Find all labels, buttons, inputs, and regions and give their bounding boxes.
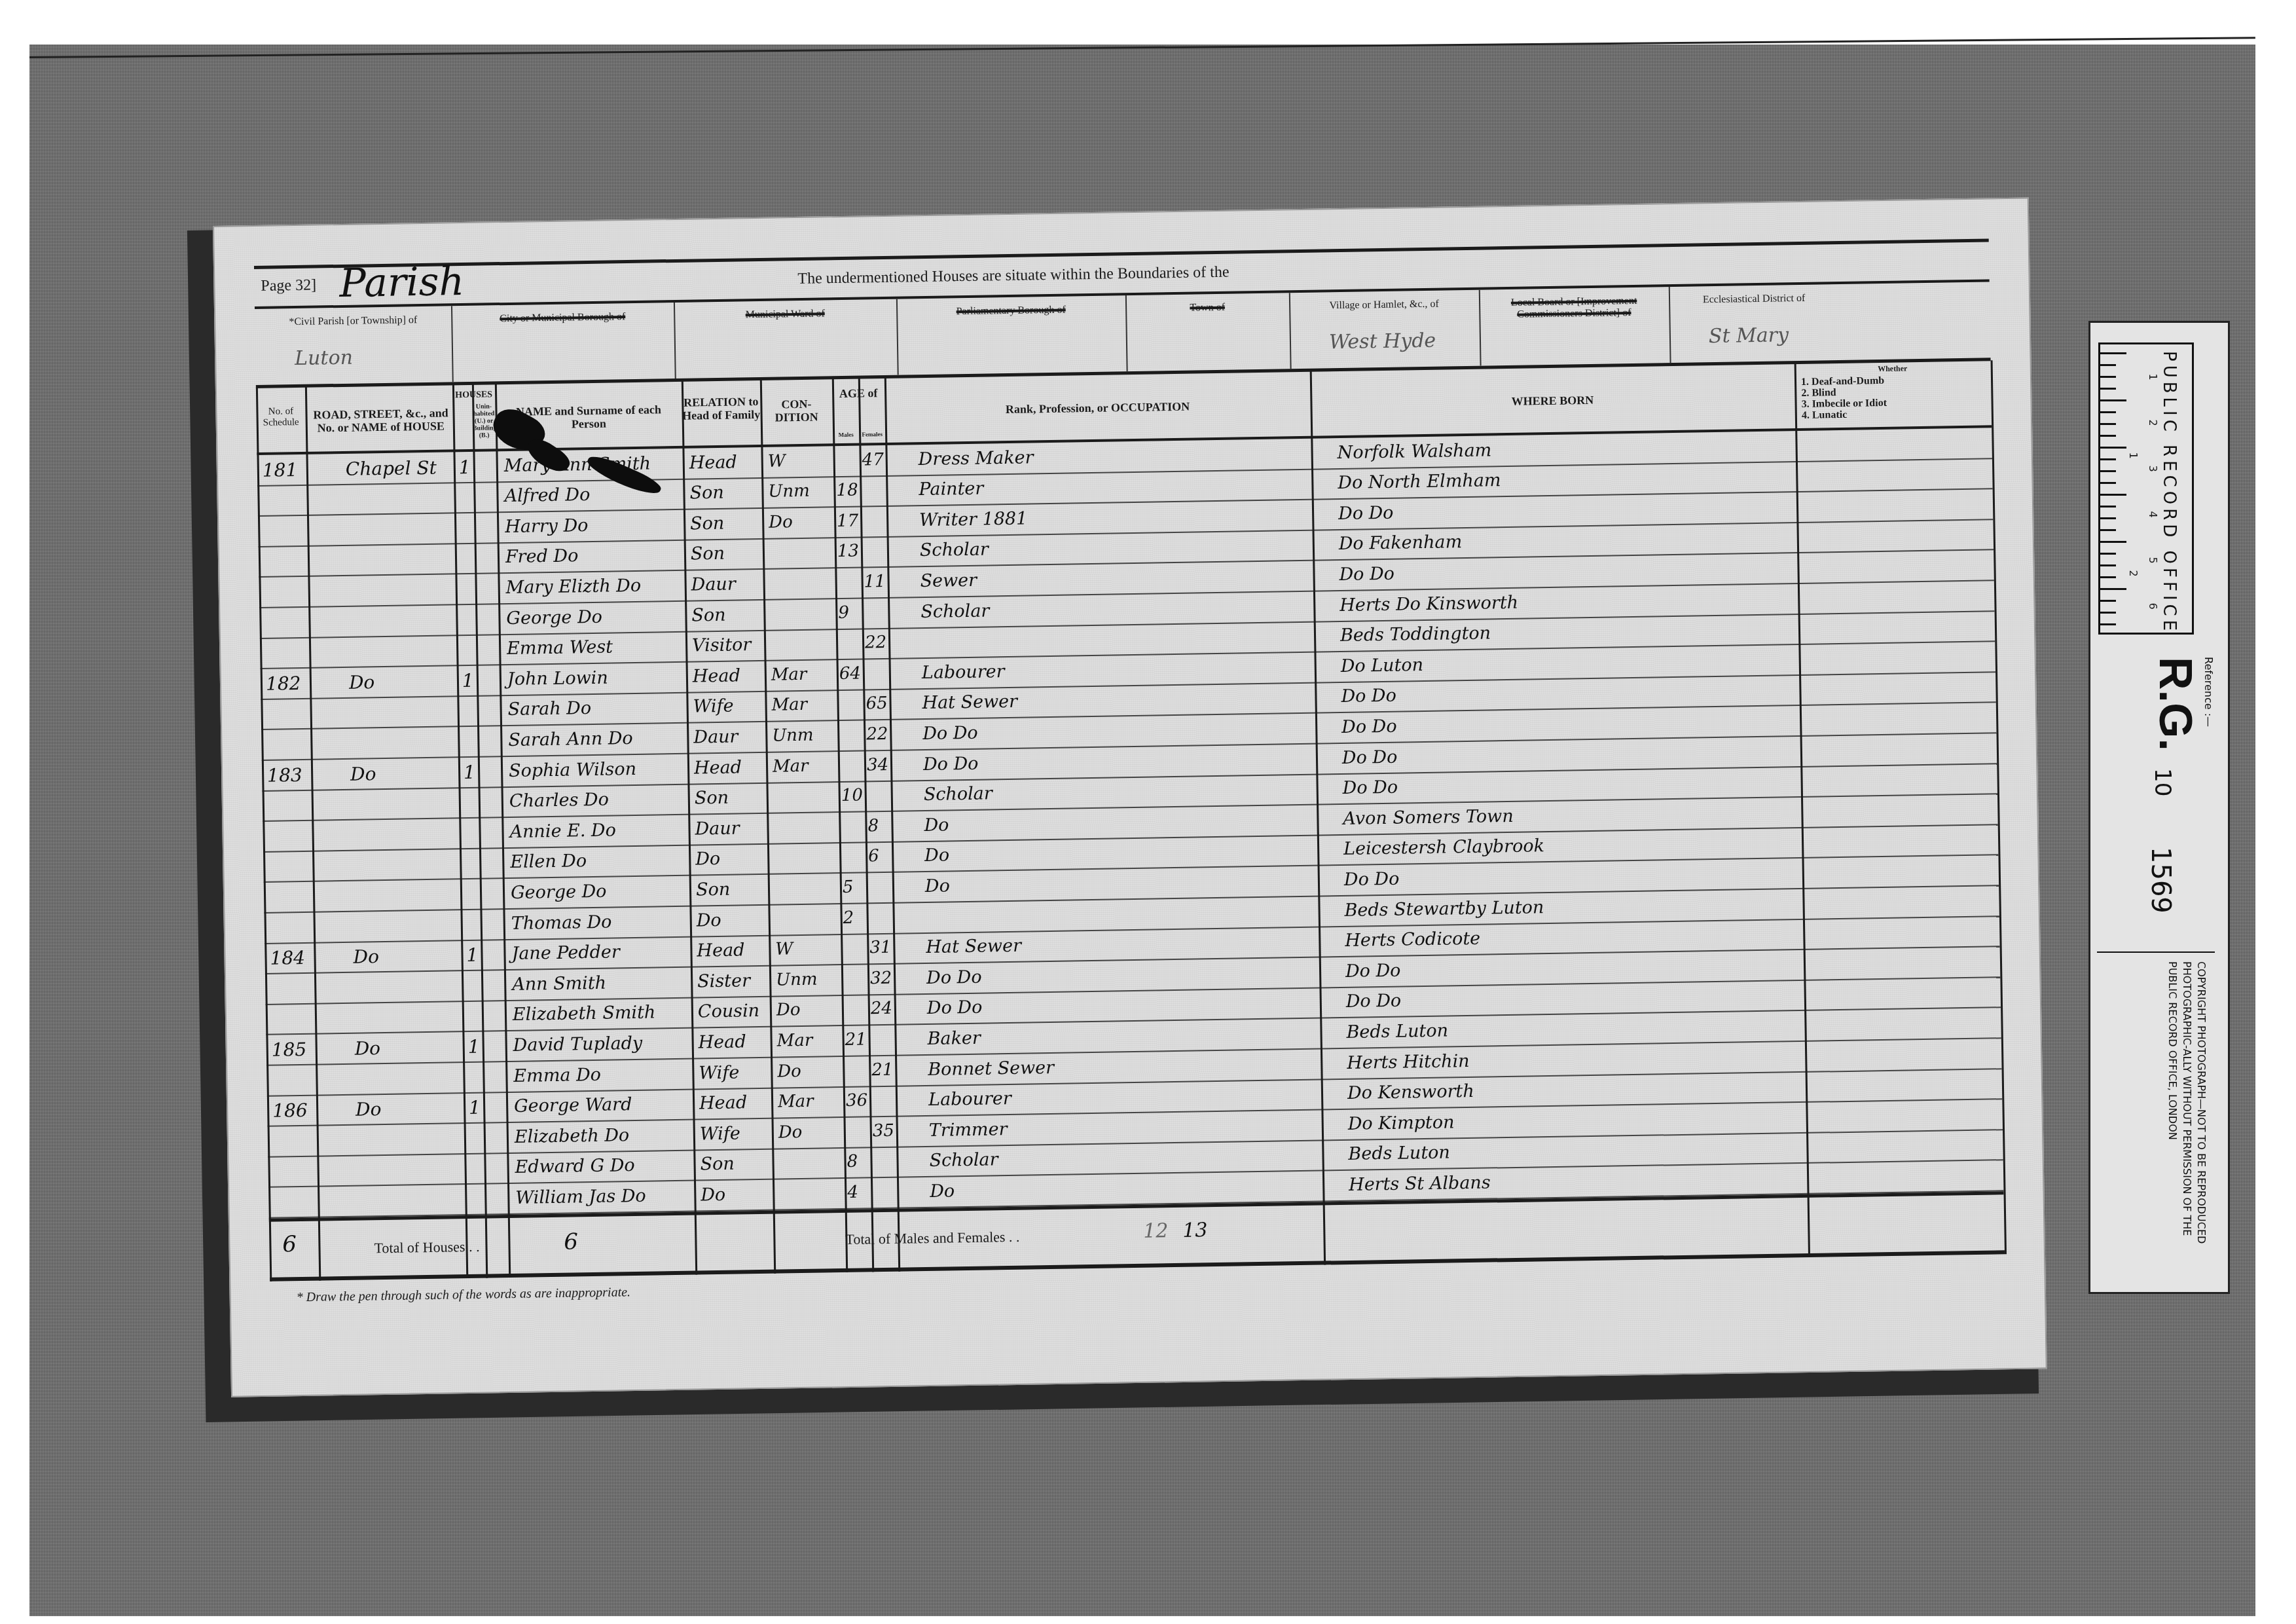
cell-relation: Daur xyxy=(691,574,736,595)
cell-schedule: 181 xyxy=(263,459,298,481)
cell-where_born: Do North Elmham xyxy=(1338,470,1501,493)
cell-schedule: 184 xyxy=(270,947,305,969)
cell-inhabited: 1 xyxy=(464,761,475,783)
cell-relation: Do xyxy=(701,1185,725,1206)
boundary-label: City or Municipal Borough of xyxy=(456,310,668,325)
cell-relation: Head xyxy=(698,1031,746,1052)
cell-name: Emma West xyxy=(507,637,613,659)
cell-name: John Lowin xyxy=(507,667,608,689)
ruler-tick xyxy=(2100,352,2126,354)
cell-male_age: 5 xyxy=(843,877,854,897)
cell-relation: Wife xyxy=(693,696,733,717)
ruler-tick xyxy=(2100,517,2116,519)
cell-schedule: 185 xyxy=(272,1039,307,1061)
cell-name: Sophia Wilson xyxy=(509,759,636,781)
cell-name: Fred Do xyxy=(505,546,579,568)
cell-where_born: Do Do xyxy=(1342,777,1398,798)
ruler-number: 1 xyxy=(2147,373,2159,380)
cell-road: Do xyxy=(349,671,375,693)
infirmity-option: 3. Imbecile or Idiot xyxy=(1801,397,1887,411)
cell-occupation: Scholar xyxy=(920,540,989,561)
cell-occupation: Scholar xyxy=(924,784,993,805)
cell-occupation: Trimmer xyxy=(929,1119,1008,1141)
cell-male_age: 8 xyxy=(847,1152,858,1172)
cell-name: Mary Elizth Do xyxy=(505,576,641,598)
cell-schedule: 182 xyxy=(266,673,301,695)
census-page: Page 32] Parish The undermentioned House… xyxy=(213,197,2047,1397)
cell-inhabited: 1 xyxy=(462,670,474,692)
boundary-label: Local Board or [Improvement Commissioner… xyxy=(1484,295,1664,321)
cell-female_age: 11 xyxy=(864,572,886,592)
cell-name: Elizabeth Smith xyxy=(513,1003,656,1025)
cell-inhabited: 1 xyxy=(459,456,471,477)
cell-relation: Son xyxy=(700,1154,735,1175)
footnote: * Draw the pen through such of the words… xyxy=(297,1285,631,1305)
cell-occupation: Do Do xyxy=(923,753,979,774)
cell-occupation: Hat Sewer xyxy=(926,936,1021,957)
cell-relation: Son xyxy=(695,788,729,809)
cell-male_age: 13 xyxy=(837,542,860,562)
label-divider xyxy=(2097,951,2215,953)
ruler-tick xyxy=(2100,435,2116,437)
ruler-tick xyxy=(2100,399,2126,401)
cell-where_born: Beds Luton xyxy=(1348,1143,1450,1164)
cell-relation: Do xyxy=(697,910,721,931)
cell-relation: Daur xyxy=(693,726,738,747)
cell-relation: Son xyxy=(689,483,724,504)
cell-where_born: Beds Stewartby Luton xyxy=(1344,897,1544,921)
cell-occupation: Do xyxy=(930,1181,955,1202)
cell-name: Jane Pedder xyxy=(511,942,620,965)
reference-piece: 1569 xyxy=(2145,847,2176,913)
cell-where_born: Do Luton xyxy=(1341,655,1424,676)
boundary-value: Luton xyxy=(295,346,353,370)
column-header-uninhabited: Unin-habited (U.) or Building (B.) xyxy=(472,403,496,439)
boundary-divider xyxy=(674,303,676,378)
ruler-tick xyxy=(2100,411,2116,413)
column-header-road: ROAD, STREET, &c., and No. or NAME of HO… xyxy=(308,407,453,435)
cell-where_born: Do Do xyxy=(1341,686,1396,707)
cell-male_age: 17 xyxy=(837,511,859,531)
cell-name: Emma Do xyxy=(513,1064,601,1086)
infirmity-option: 1. Deaf-and-Dumb xyxy=(1801,375,1884,388)
cell-occupation: Scholar xyxy=(929,1150,998,1172)
boundary-label: *Civil Parish [or Township] of xyxy=(260,314,446,328)
ruler-tick xyxy=(2100,376,2116,378)
cell-condition: Mar xyxy=(771,665,807,685)
total-schedules: 6 xyxy=(282,1231,297,1257)
cell-name: Ellen Do xyxy=(510,851,587,873)
cell-relation: Cousin xyxy=(698,1001,760,1022)
public-record-office-text: PUBLIC RECORD OFFICE xyxy=(2159,351,2179,635)
cell-where_born: Herts Do Kinsworth xyxy=(1339,592,1518,615)
infirmity-option: 2. Blind xyxy=(1801,387,1836,399)
cell-condition: Mar xyxy=(776,1031,812,1051)
cell-female_age: 47 xyxy=(862,450,884,470)
column-header-occupation: Rank, Profession, or OCCUPATION xyxy=(884,399,1310,418)
cell-occupation: Baker xyxy=(927,1028,981,1049)
page-number: Page 32] xyxy=(261,277,316,295)
cell-where_born: Do Do xyxy=(1341,716,1397,737)
cell-condition: Unm xyxy=(772,726,814,746)
cell-where_born: Do Do xyxy=(1346,991,1402,1012)
cell-where_born: Do Do xyxy=(1338,502,1394,523)
column-header-relation: RELATION to Head of Family xyxy=(682,396,761,422)
cell-where_born: Do Do xyxy=(1344,869,1400,890)
reference-label: Reference :— xyxy=(2202,657,2215,727)
cell-relation: Wife xyxy=(699,1062,739,1083)
cell-occupation: Do Do xyxy=(927,997,983,1018)
cell-condition: Do xyxy=(776,1000,801,1020)
ruler-tick xyxy=(2100,388,2116,390)
cell-where_born: Do Do xyxy=(1345,960,1401,981)
cell-name: Annie E. Do xyxy=(509,820,616,842)
ruler-tick xyxy=(2100,506,2116,507)
cell-where_born: Avon Somers Town xyxy=(1343,806,1514,829)
ruler-inch-number: 1 xyxy=(2127,452,2140,458)
cell-condition: Mar xyxy=(773,756,809,776)
cell-where_born: Do Kensworth xyxy=(1347,1081,1474,1103)
cell-road: Do xyxy=(353,946,379,968)
backdrop-edge-line xyxy=(29,37,2255,58)
boundary-divider xyxy=(1125,295,1128,371)
cell-condition: Mar xyxy=(778,1092,814,1112)
cell-condition: W xyxy=(768,451,786,471)
cell-female_age: 22 xyxy=(865,633,887,653)
cell-name: Harry Do xyxy=(505,515,589,537)
cell-female_age: 21 xyxy=(871,1060,894,1080)
cell-relation: Wife xyxy=(700,1123,740,1144)
cell-relation: Head xyxy=(699,1093,747,1114)
column-header-condition: CON-DITION xyxy=(760,397,833,424)
total-females: 13 xyxy=(1182,1219,1208,1242)
cell-female_age: 65 xyxy=(866,693,888,714)
ruler-tick xyxy=(2100,423,2116,425)
boundary-label: Village or Hamlet, &c., of xyxy=(1294,298,1474,312)
cell-relation: Head xyxy=(694,757,742,778)
cell-condition: Do xyxy=(778,1122,803,1143)
cell-where_born: Herts Codicote xyxy=(1345,929,1480,951)
cell-occupation: Bonnet Sewer xyxy=(928,1058,1054,1080)
cell-occupation: Scholar xyxy=(920,600,989,622)
cell-relation: Visitor xyxy=(692,635,752,655)
cell-relation: Sister xyxy=(697,970,750,991)
ruler-tick xyxy=(2100,482,2116,484)
ruler-tick xyxy=(2100,541,2126,543)
cell-name: Thomas Do xyxy=(511,912,612,933)
cell-occupation: Do xyxy=(924,845,949,866)
cell-male_age: 2 xyxy=(843,908,854,927)
cell-male_age: 18 xyxy=(836,481,858,501)
boundaries-title: The undermentioned Houses are situate wi… xyxy=(797,264,1229,288)
ruler-number: 5 xyxy=(2147,557,2159,563)
copyright-notice: COPYRIGHT PHOTOGRAPH—NOT TO BE REPRODUCE… xyxy=(2165,961,2208,1276)
parish-handwritten: Parish xyxy=(339,259,465,306)
cell-road: Do xyxy=(350,763,376,785)
archive-reference-label: PUBLIC RECORD OFFICE 12345612 Reference … xyxy=(2088,321,2230,1294)
cell-name: Charles Do xyxy=(509,790,609,811)
column-header-females: Females xyxy=(859,432,885,439)
cell-road: Do xyxy=(355,1098,382,1120)
cell-where_born: Beds Luton xyxy=(1346,1020,1448,1042)
cell-relation: Daur xyxy=(695,818,740,839)
cell-female_age: 22 xyxy=(866,724,888,745)
cell-condition: Unm xyxy=(776,969,818,989)
column-header-infirmity-title: Whether xyxy=(1795,363,1991,375)
cell-where_born: Leicestersh Claybrook xyxy=(1343,836,1544,860)
cell-where_born: Do Do xyxy=(1339,564,1394,585)
ruler-tick xyxy=(2100,494,2126,496)
totals-bottom-rule xyxy=(270,1250,2005,1282)
boundary-divider xyxy=(896,299,899,375)
cell-where_born: Herts Hitchin xyxy=(1347,1051,1470,1073)
cell-occupation: Do xyxy=(924,815,949,836)
ruler-tick xyxy=(2100,612,2116,614)
cell-inhabited: 1 xyxy=(467,1036,479,1058)
cell-male_age: 10 xyxy=(841,786,864,806)
cell-female_age: 24 xyxy=(871,999,893,1019)
cell-occupation: Sewer xyxy=(920,570,977,591)
ruler-number: 3 xyxy=(2147,465,2159,471)
cell-road: Chapel St xyxy=(346,456,437,479)
cell-relation: Head xyxy=(697,940,744,961)
ruler-tick xyxy=(2100,600,2116,602)
column-header-where-born: WHERE BORN xyxy=(1310,391,1795,411)
cell-condition: Do xyxy=(769,512,793,532)
column-header-males: Males xyxy=(833,432,859,439)
cell-relation: Son xyxy=(691,604,726,625)
cell-female_age: 8 xyxy=(867,816,879,836)
cell-name: George Ward xyxy=(514,1094,632,1116)
boundary-divider xyxy=(1669,287,1671,363)
cell-relation: Son xyxy=(691,544,725,564)
cell-female_age: 6 xyxy=(868,847,879,866)
boundary-label: Ecclesiastical District of xyxy=(1674,292,1834,306)
cell-relation: Do xyxy=(695,849,720,870)
cell-where_born: Do Kimpton xyxy=(1348,1112,1455,1134)
cell-relation: Head xyxy=(689,452,737,473)
cell-schedule: 186 xyxy=(272,1099,308,1122)
cell-name: Alfred Do xyxy=(504,485,590,506)
ruler-inch-number: 2 xyxy=(2127,570,2140,576)
boundary-divider xyxy=(451,306,454,382)
cell-male_age: 9 xyxy=(838,602,849,622)
ruler-number: 2 xyxy=(2147,419,2159,426)
cell-name: Sarah Do xyxy=(507,698,591,720)
cell-occupation: Writer 1881 xyxy=(919,508,1028,530)
cell-where_born: Do Do xyxy=(1342,747,1398,767)
cell-schedule: 183 xyxy=(267,764,302,786)
cell-name: Edward G Do xyxy=(515,1155,634,1177)
boundary-divider xyxy=(1289,293,1292,369)
cell-name: Ann Smith xyxy=(512,972,606,994)
cell-name: George Do xyxy=(511,881,607,903)
cell-where_born: Norfolk Walsham xyxy=(1337,440,1491,463)
cell-occupation: Hat Sewer xyxy=(922,692,1017,713)
total-houses-value: 6 xyxy=(564,1228,578,1255)
cell-occupation: Do xyxy=(925,876,950,896)
ruler-number: 6 xyxy=(2147,602,2159,609)
cell-where_born: Herts St Albans xyxy=(1349,1172,1491,1194)
ruler: PUBLIC RECORD OFFICE 12345612 xyxy=(2098,342,2194,635)
ruler-tick xyxy=(2100,623,2116,625)
ruler-tick xyxy=(2100,553,2116,555)
boundary-divider xyxy=(1479,290,1482,366)
cell-road: Do xyxy=(354,1037,380,1060)
cell-female_age: 31 xyxy=(869,938,892,958)
cell-name: George Do xyxy=(506,606,602,628)
cell-occupation: Dress Maker xyxy=(918,447,1033,470)
ruler-tick xyxy=(2100,447,2126,449)
cell-occupation: Labourer xyxy=(928,1088,1011,1110)
cell-relation: Son xyxy=(696,879,731,900)
total-males: 12 xyxy=(1143,1219,1169,1243)
ruler-tick xyxy=(2100,588,2126,590)
reference-series: R.G. xyxy=(2149,657,2202,751)
cell-female_age: 34 xyxy=(867,754,889,775)
ruler-tick xyxy=(2100,470,2116,472)
cell-male_age: 21 xyxy=(845,1029,867,1050)
ruler-tick xyxy=(2100,576,2116,578)
cell-where_born: Beds Toddington xyxy=(1340,623,1491,646)
top-rule xyxy=(254,238,1989,269)
cell-condition: Unm xyxy=(768,481,810,502)
infirmity-option: 4. Lunatic xyxy=(1802,409,1848,422)
cell-occupation: Do Do xyxy=(922,723,978,744)
ruler-tick xyxy=(2100,364,2116,366)
cell-inhabited: 1 xyxy=(466,944,478,966)
cell-male_age: 36 xyxy=(846,1091,868,1111)
cell-name: David Tuplady xyxy=(513,1033,642,1056)
cell-condition: W xyxy=(775,939,793,959)
reference-class: 10 xyxy=(2149,768,2176,796)
cell-female_age: 35 xyxy=(873,1121,895,1141)
boundaries-rule xyxy=(256,358,1991,388)
cell-condition: Do xyxy=(777,1061,801,1082)
boundary-label: Parliamentary Borough of xyxy=(902,303,1120,318)
ruler-tick xyxy=(2100,529,2116,531)
cell-female_age: 32 xyxy=(870,969,892,989)
total-houses-label: Total of Houses . . xyxy=(374,1238,479,1257)
cell-condition: Mar xyxy=(771,695,807,715)
boundary-label: Town of xyxy=(1131,301,1284,315)
cell-name: Elizabeth Do xyxy=(515,1125,630,1147)
ruler-tick xyxy=(2100,564,2116,566)
boundary-label: Municipal Ward of xyxy=(679,307,891,322)
column-header-schedule: No. of Schedule xyxy=(256,406,306,428)
ruler-number: 4 xyxy=(2147,511,2159,517)
cell-male_age: 64 xyxy=(839,663,862,684)
cell-name: William Jas Do xyxy=(515,1186,646,1208)
cell-occupation: Do Do xyxy=(926,967,982,987)
cell-where_born: Do Fakenham xyxy=(1339,532,1463,554)
ruler-tick xyxy=(2100,458,2116,460)
census-form: Page 32] Parish The undermentioned House… xyxy=(254,238,2005,1313)
cell-relation: Head xyxy=(693,665,740,686)
cell-relation: Son xyxy=(690,513,725,534)
cell-occupation: Labourer xyxy=(922,661,1005,683)
cell-inhabited: 1 xyxy=(469,1097,481,1118)
cell-male_age: 4 xyxy=(847,1183,858,1202)
cell-occupation: Painter xyxy=(919,479,983,500)
boundary-value: St Mary xyxy=(1709,323,1789,348)
cell-name: Sarah Ann Do xyxy=(508,728,633,750)
boundary-value: West Hyde xyxy=(1329,329,1436,354)
